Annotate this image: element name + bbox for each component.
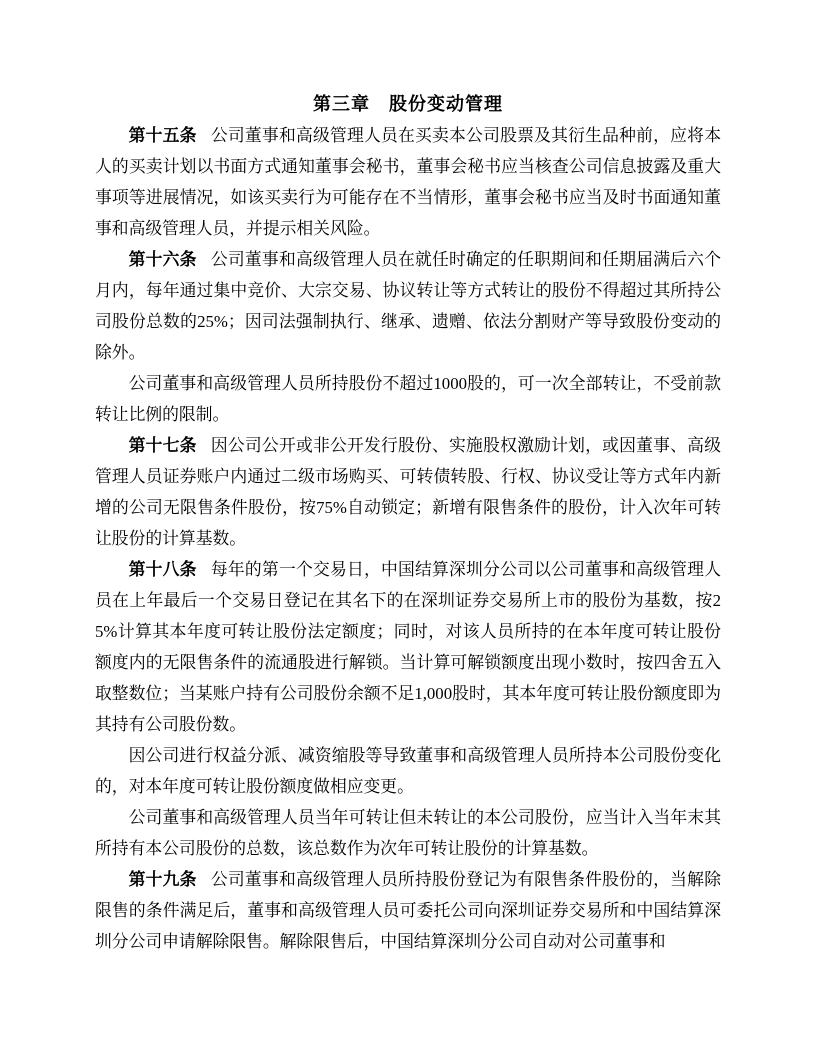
article-paragraph-16-continued: 公司董事和高级管理人员所持股份不超过1000股的，可一次全部转让，不受前款转让比…	[95, 368, 721, 430]
article-text: 公司董事和高级管理人员所持股份不超过1000股的，可一次全部转让，不受前款转让比…	[95, 374, 721, 424]
article-paragraph-18: 第十八条每年的第一个交易日，中国结算深圳分公司以公司董事和高级管理人员在上年最后…	[95, 554, 721, 740]
article-label: 第十七条	[129, 436, 197, 455]
article-paragraph-19: 第十九条公司董事和高级管理人员所持股份登记为有限售条件股份的，当解除限售的条件满…	[95, 864, 721, 957]
article-paragraph-17: 第十七条因公司公开或非公开发行股份、实施股权激励计划，或因董事、高级管理人员证券…	[95, 430, 721, 554]
article-paragraph-15: 第十五条公司董事和高级管理人员在买卖本公司股票及其衍生品种前，应将本人的买卖计划…	[95, 120, 721, 244]
article-label: 第十八条	[129, 560, 197, 579]
article-text: 每年的第一个交易日，中国结算深圳分公司以公司董事和高级管理人员在上年最后一个交易…	[95, 560, 721, 734]
article-paragraph-16: 第十六条公司董事和高级管理人员在就任时确定的任职期间和任期届满后六个月内，每年通…	[95, 244, 721, 368]
article-label: 第十五条	[129, 126, 197, 145]
article-label: 第十六条	[129, 250, 197, 269]
document-page: 第三章 股份变动管理 第十五条公司董事和高级管理人员在买卖本公司股票及其衍生品种…	[0, 0, 816, 1056]
chapter-title: 第三章 股份变动管理	[95, 89, 721, 120]
article-paragraph-18-continued-2: 公司董事和高级管理人员当年可转让但未转让的本公司股份，应当计入当年末其所持有本公…	[95, 802, 721, 864]
article-text: 公司董事和高级管理人员当年可转让但未转让的本公司股份，应当计入当年末其所持有本公…	[95, 808, 721, 858]
article-paragraph-18-continued-1: 因公司进行权益分派、减资缩股等导致董事和高级管理人员所持本公司股份变化的，对本年…	[95, 740, 721, 802]
article-label: 第十九条	[129, 870, 197, 889]
article-text: 因公司进行权益分派、减资缩股等导致董事和高级管理人员所持本公司股份变化的，对本年…	[95, 746, 721, 796]
